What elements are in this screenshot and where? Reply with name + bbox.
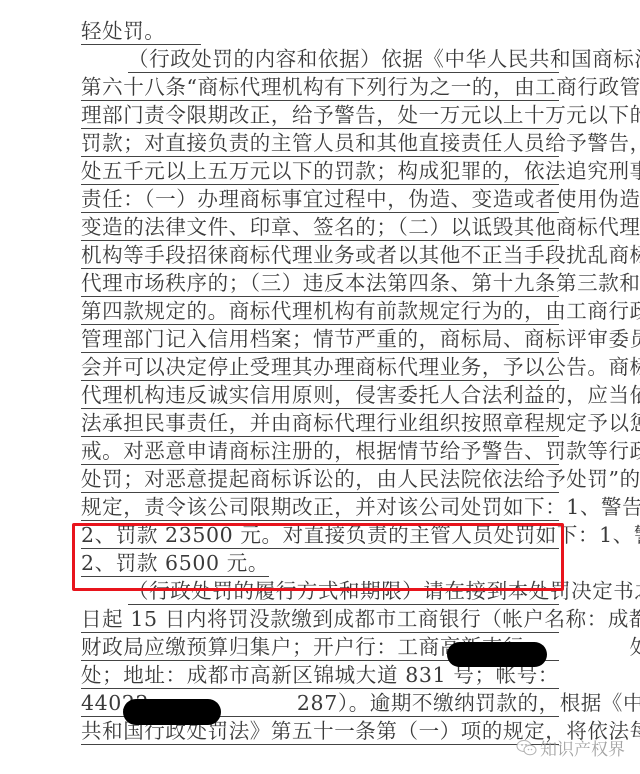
watermark-text: 知识产权界 [540,735,625,760]
highlight-box [72,523,564,591]
doc-line-16: 戒。对恶意申请商标注册的，根据情节给予警告、罚款等行政 [81,439,559,465]
doc-line-12: 管理部门记入信用档案；情节严重的，商标局、商标评审委员 [81,327,559,353]
doc-line-17: 处罚；对恶意提起商标诉讼的，由人民法院依法给予处罚”的 [81,467,559,493]
doc-line-13: 会并可以决定停止受理其办理商标代理业务，予以公告。商标 [81,355,559,381]
doc-line-5: 罚款；对直接负责的主管人员和其他直接责任人员给予警告， [81,131,559,157]
doc-line-22: 日起 15 日内将罚没款缴到成都市工商银行（帐户名称：成都市 [81,607,559,633]
doc-line-2: （行政处罚的内容和依据）依据《中华人民共和国商标法》 [128,47,559,73]
watermark: 知识产权界 [516,735,625,760]
doc-line-18: 规定，责令该公司限期改正，并对该公司处罚如下：1、警告； [81,495,559,521]
doc-line-14: 代理机构违反诚实信用原则，侵害委托人合法利益的，应当依 [81,383,559,409]
redaction-bank-branch [447,642,547,667]
wechat-icon [516,739,538,757]
document-page: 轻处罚。 （行政处罚的内容和依据）依据《中华人民共和国商标法》 第六十八条“商标… [0,0,640,774]
doc-line-6: 处五千元以上五万元以下的罚款；构成犯罪的，依法追究刑事 [81,159,559,185]
doc-line-9: 机构等手段招徕商标代理业务或者以其他不正当手段扰乱商标 [81,243,559,269]
doc-line-15: 法承担民事责任，并由商标代理行业组织按照章程规定予以惩 [81,411,559,437]
doc-line-4: 理部门责令限期改正，给予警告，处一万元以上十万元以下的 [81,103,559,129]
doc-line-3: 第六十八条“商标代理机构有下列行为之一的，由工商行政管 [81,75,559,101]
doc-line-11: 第四款规定的。商标代理机构有前款规定行为的，由工商行政 [81,299,559,325]
doc-line-1: 轻处罚。 [81,19,201,45]
doc-line-10: 代理市场秩序的；（三）违反本法第四条、第十九条第三款和 [81,271,559,297]
doc-line-7: 责任：（一）办理商标事宜过程中，伪造、变造或者使用伪造、 [81,187,559,213]
redaction-account-number [123,699,221,725]
doc-line-8: 变造的法律文件、印章、签名的；（二）以诋毁其他商标代理 [81,215,559,241]
